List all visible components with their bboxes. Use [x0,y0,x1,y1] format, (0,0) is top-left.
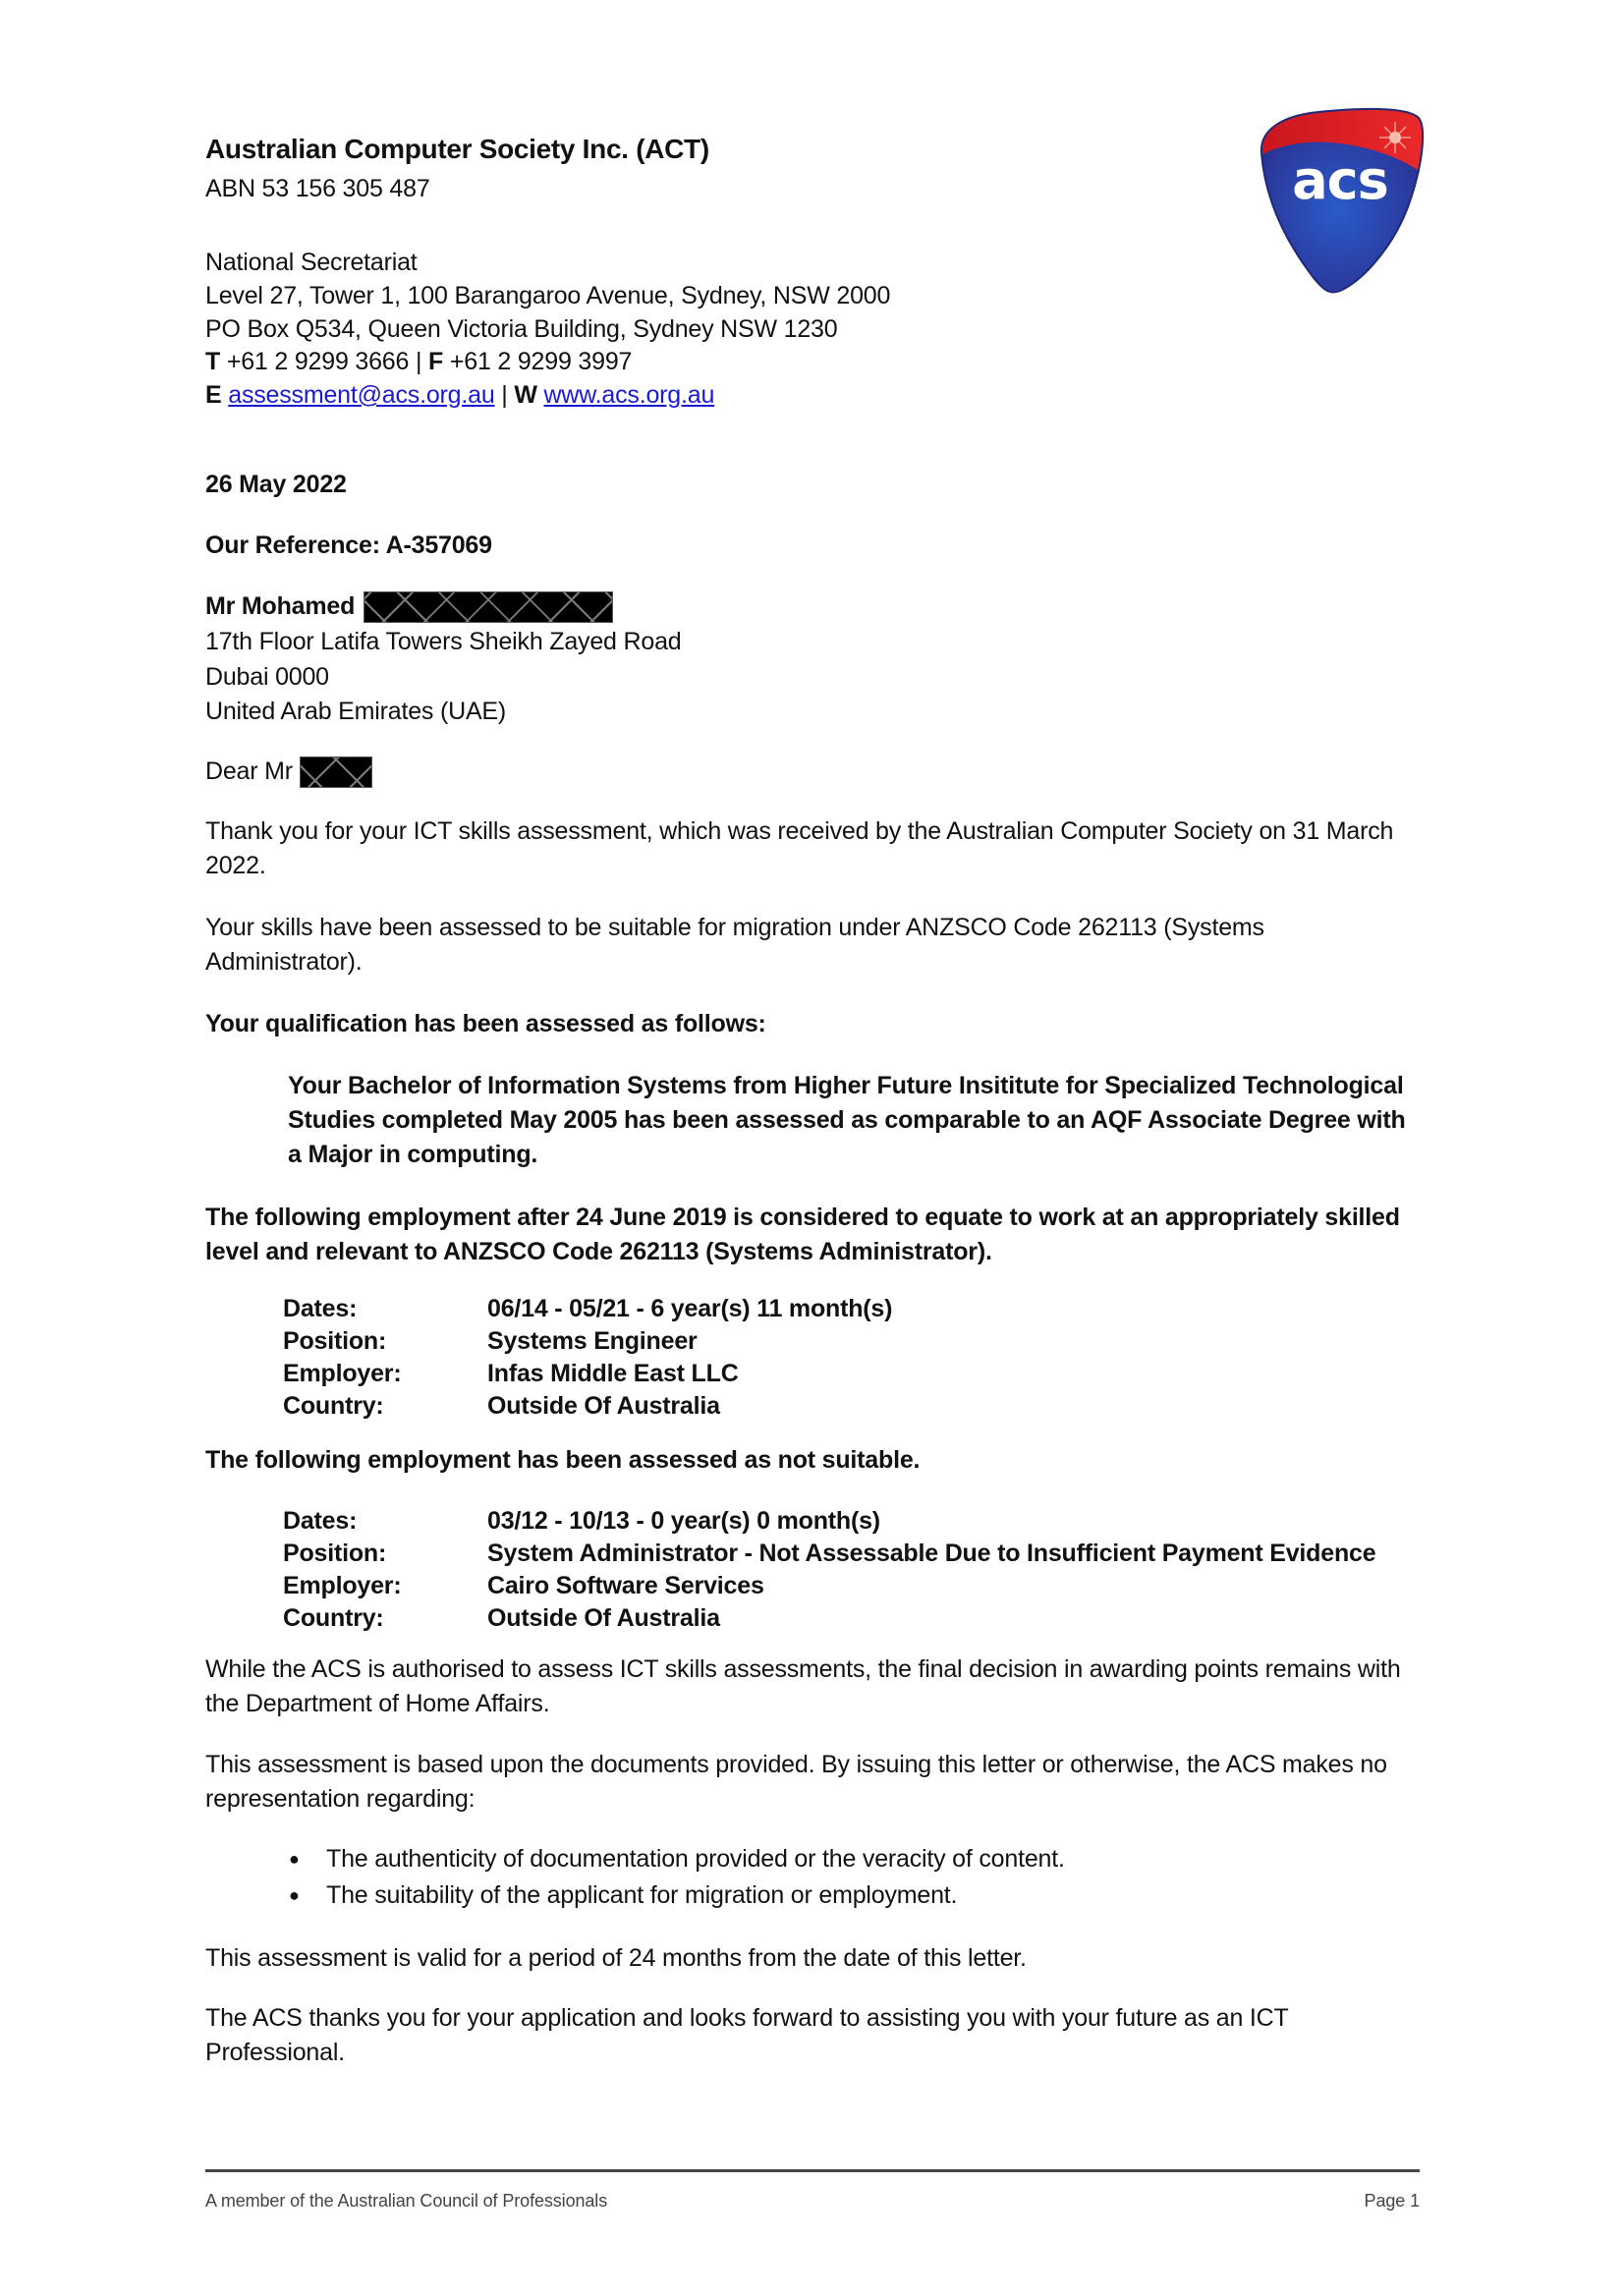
field-value: Outside Of Australia [487,1602,720,1635]
disclaimer-bullet: ● The authenticity of documentation prov… [326,1841,1065,1877]
field-label: Position: [283,1325,386,1358]
fax-number: +61 2 9299 3997 [450,348,632,375]
field-label: Country: [283,1390,384,1423]
field-value: 03/12 - 10/13 - 0 year(s) 0 month(s) [487,1505,880,1538]
separator: | [416,348,421,375]
fax-label: F [428,348,443,375]
field-value: System Administrator - Not Assessable Du… [487,1538,1375,1570]
suitability-paragraph: Your skills have been assessed to be sui… [205,911,1335,980]
email-link[interactable]: assessment@acs.org.au [228,381,494,409]
phone-label: T [205,348,220,375]
abn: ABN 53 156 305 487 [205,172,430,206]
acs-shield-logo-icon: acs [1250,104,1427,295]
bullet-icon: ● [289,1841,300,1877]
recipient-address-line-2: Dubai 0000 [205,660,329,695]
field-label: Dates: [283,1293,357,1325]
separator: | [501,381,507,409]
phone-number: +61 2 9299 3666 [227,348,409,375]
field-value: 06/14 - 05/21 - 6 year(s) 11 month(s) [487,1293,892,1325]
closing-paragraph: The ACS thanks you for your application … [205,2001,1335,2070]
field-value: Infas Middle East LLC [487,1358,739,1390]
recipient-name: Mr Mohamed [205,592,355,620]
redacted-surname-block [364,591,613,623]
field-label: Employer: [283,1570,401,1602]
bullet-icon: ● [289,1877,300,1914]
address-line-1: Level 27, Tower 1, 100 Barangaroo Avenue… [205,279,890,313]
field-value: Cairo Software Services [487,1570,764,1602]
recipient-address-line-3: United Arab Emirates (UAE) [205,695,506,729]
recipient-address-line-1: 17th Floor Latifa Towers Sheikh Zayed Ro… [205,625,681,659]
svg-text:acs: acs [1292,149,1388,211]
footer-membership: A member of the Australian Council of Pr… [205,2191,607,2212]
employment-suitable-heading: The following employment after 24 June 2… [205,1201,1424,1269]
field-label: Dates: [283,1505,357,1538]
qualification-heading: Your qualification has been assessed as … [205,1007,1424,1041]
field-value: Systems Engineer [487,1325,698,1358]
letter-date: 26 May 2022 [205,468,347,502]
employment-unsuitable-heading: The following employment has been assess… [205,1443,1424,1478]
redacted-salutation-block [300,756,372,788]
disclaimer-bullet: ● The suitability of the applicant for m… [326,1877,957,1914]
reference-number: Our Reference: A-357069 [205,529,492,563]
intro-paragraph: Thank you for your ICT skills assessment… [205,814,1428,883]
field-label: Country: [283,1602,384,1635]
website-link[interactable]: www.acs.org.au [544,381,715,409]
authority-paragraph: While the ACS is authorised to assess IC… [205,1652,1404,1721]
office-name: National Secretariat [205,246,418,280]
disclaimer-paragraph: This assessment is based upon the docume… [205,1748,1443,1817]
page-number: Page 1 [1365,2191,1420,2212]
recipient-name-line: Mr Mohamed [205,589,613,624]
address-line-2: PO Box Q534, Queen Victoria Building, Sy… [205,312,837,347]
web-label: W [514,381,536,409]
email-label: E [205,381,221,409]
salutation-line: Dear Mr [205,755,372,789]
salutation: Dear Mr [205,757,293,785]
field-label: Position: [283,1538,386,1570]
qualification-detail: Your Bachelor of Information Systems fro… [288,1069,1418,1172]
field-label: Employer: [283,1358,401,1390]
contact-email-web: E assessment@acs.org.au | W www.acs.org.… [205,378,714,413]
footer-divider [205,2169,1420,2172]
org-name: Australian Computer Society Inc. (ACT) [205,134,709,165]
letter-page: Australian Computer Society Inc. (ACT) A… [0,0,1624,2296]
field-value: Outside Of Australia [487,1390,720,1423]
contact-phone-fax: T +61 2 9299 3666 | F +61 2 9299 3997 [205,345,632,379]
validity-paragraph: This assessment is valid for a period of… [205,1941,1424,1976]
